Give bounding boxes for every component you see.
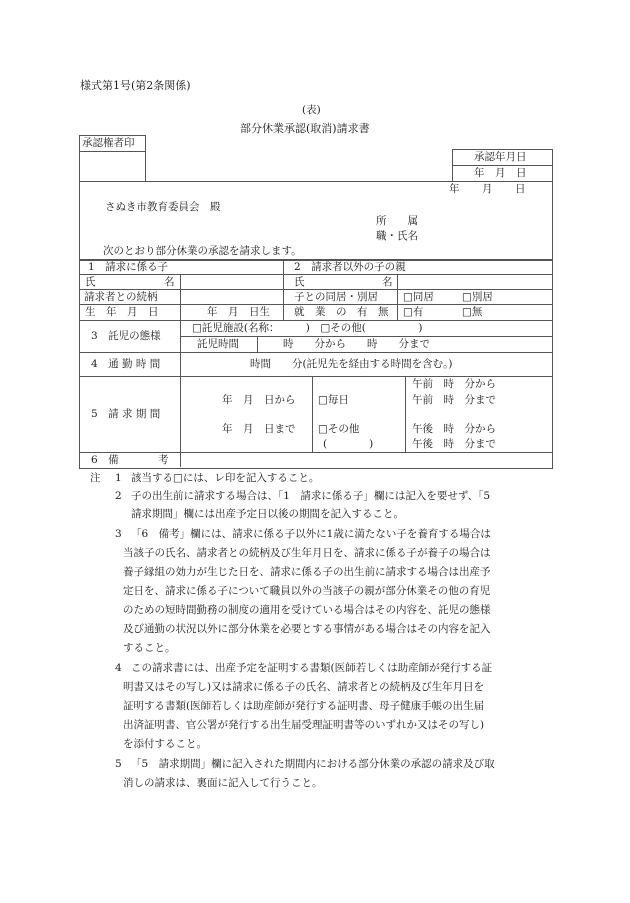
note-2-number: 2 xyxy=(115,491,122,502)
addressee: さぬき市教育委員会 殿 xyxy=(105,202,221,213)
name-label: 職・氏名 xyxy=(376,231,418,242)
relation-label: 請求者との続柄 xyxy=(84,292,158,303)
child-name-label-b: 名 xyxy=(164,277,175,288)
period-from[interactable]: 年 月 日から xyxy=(222,395,296,406)
relation-input[interactable] xyxy=(181,290,282,303)
other-checkbox[interactable]: □その他 xyxy=(318,424,359,435)
cohabit-label: 子との同居・別居 xyxy=(294,292,378,303)
approval-date-label: 承認年月日 xyxy=(474,152,527,163)
am-from[interactable]: 午前 時 分から xyxy=(412,379,496,390)
intro-text: 次のとおり部分休業の承認を請求します。 xyxy=(103,246,302,257)
am-to[interactable]: 午前 時 分まで xyxy=(412,395,496,406)
other-detail[interactable]: ( ) xyxy=(323,439,373,450)
cohabit-option-separate[interactable]: □別居 xyxy=(462,292,493,303)
note-3-line: 定日を、請求に係る子について職員以外の当該子の親が部分休業その他の育児 xyxy=(123,586,490,597)
note-3-line: 及び通勤の状況以外に部分休業を必要とする事情がある場合はその内容を記入 xyxy=(123,624,491,635)
childcare-facility-options[interactable]: □託児施設(名称： ) □その他( ) xyxy=(192,323,422,334)
section4-heading: 4 通 勤 時 間 xyxy=(91,359,160,370)
remarks-input[interactable] xyxy=(181,453,550,466)
note-3-line: 養子縁組の効力が生じた日を、請求に係る子の出生前に請求する場合は出産予 xyxy=(123,567,491,578)
childcare-time-value[interactable]: 時 分から 時 分まで xyxy=(283,339,430,350)
notes-prefix: 注 xyxy=(90,473,101,484)
section5-heading: 5 請 求 期 間 xyxy=(91,409,160,420)
employment-option-yes[interactable]: □有 xyxy=(403,307,423,318)
birth-label: 生 年 月 日 xyxy=(85,307,159,318)
note-2-line: 請求期間」欄には出産予定日以後の期間を記入すること。 xyxy=(131,509,404,520)
note-4-number: 4 xyxy=(115,663,122,674)
pm-to[interactable]: 午後 時 分まで xyxy=(412,439,496,450)
approval-date-value[interactable]: 年 月 日 xyxy=(474,168,527,179)
employment-label: 就 業 の 有 無 xyxy=(294,307,389,318)
child-name-input[interactable] xyxy=(181,275,282,288)
request-day[interactable]: 日 xyxy=(515,184,526,195)
section6-heading-a: 6 備 xyxy=(91,455,119,466)
cohabit-option-together[interactable]: □同居 xyxy=(403,292,434,303)
note-4-line: この請求書には、出産予定を証明する書類(医師若しくは助産師が発行する証 xyxy=(131,663,492,674)
note-5-number: 5 xyxy=(115,759,122,770)
note-3-line: のための短時間勤務の制度の適用を受けている場合はその内容を、託児の態様 xyxy=(123,605,491,616)
employment-option-no[interactable]: □無 xyxy=(462,307,482,318)
child-name-label-a: 氏 xyxy=(85,277,96,288)
note-4-line: 証明する書類(医師若しくは助産師が発行する証明書、母子健康手帳の出生届 xyxy=(123,701,484,712)
note-3-number: 3 xyxy=(115,529,122,540)
parent-name-label-a: 氏 xyxy=(294,277,305,288)
section2-heading: 2 請求者以外の子の親 xyxy=(294,262,406,273)
side-label: (表) xyxy=(302,105,321,116)
pm-from[interactable]: 午後 時 分から xyxy=(412,424,496,435)
note-5-line: 「5 請求期間」欄に記入された期間内における部分休業の承認の請求及び取 xyxy=(131,759,495,770)
note-5-line: 消しの請求は、裏面に記入して行うこと。 xyxy=(123,778,323,789)
section1-heading: 1 請求に係る子 xyxy=(88,262,168,273)
childcare-time-label: 託児時間 xyxy=(197,339,239,350)
note-1-line: 該当する□には、レ印を記入すること。 xyxy=(131,473,319,484)
note-1-number: 1 xyxy=(115,473,122,484)
request-month[interactable]: 月 xyxy=(482,184,493,195)
form-number: 様式第1号(第2条関係) xyxy=(80,80,191,91)
note-4-line: 明書又はその写し)又は請求に係る子の氏名、請求者との続柄及び生年月日を xyxy=(123,682,484,693)
parent-name-label-b: 名 xyxy=(382,277,393,288)
page-title: 部分休業承認(取消)請求書 xyxy=(240,123,370,134)
daily-checkbox[interactable]: □毎日 xyxy=(318,395,349,406)
affiliation-label: 所 属 xyxy=(376,216,418,227)
approver-stamp-label: 承認権者印 xyxy=(82,138,135,149)
note-2-line: 子の出生前に請求する場合は、「1 請求に係る子」欄には記入を要せず、「5 xyxy=(131,491,490,502)
note-3-line: すること。 xyxy=(123,643,176,654)
section6-heading-b: 考 xyxy=(158,455,169,466)
request-year[interactable]: 年 xyxy=(449,184,460,195)
note-4-line: を添付すること。 xyxy=(123,739,207,750)
note-4-line: 出済証明書、官公署が発行する出生届受理証明書等のいずれか又はその写し) xyxy=(123,720,484,731)
commute-time-value[interactable]: 時間 分(託児先を経由する時間を含む。) xyxy=(250,359,452,370)
birth-value[interactable]: 年 月 日生 xyxy=(207,307,270,318)
parent-name-input[interactable] xyxy=(398,275,550,288)
note-3-line: 当該子の氏名、請求者との続柄及び生年月日を、請求に係る子が養子の場合は xyxy=(123,548,491,559)
section3-heading: 3 託児の態様 xyxy=(91,331,161,342)
period-to[interactable]: 年 月 日まで xyxy=(222,424,296,435)
note-3-line: 「6 備考」欄には、請求に係る子以外に1歳に満たない子を養育する場合は xyxy=(131,529,491,540)
